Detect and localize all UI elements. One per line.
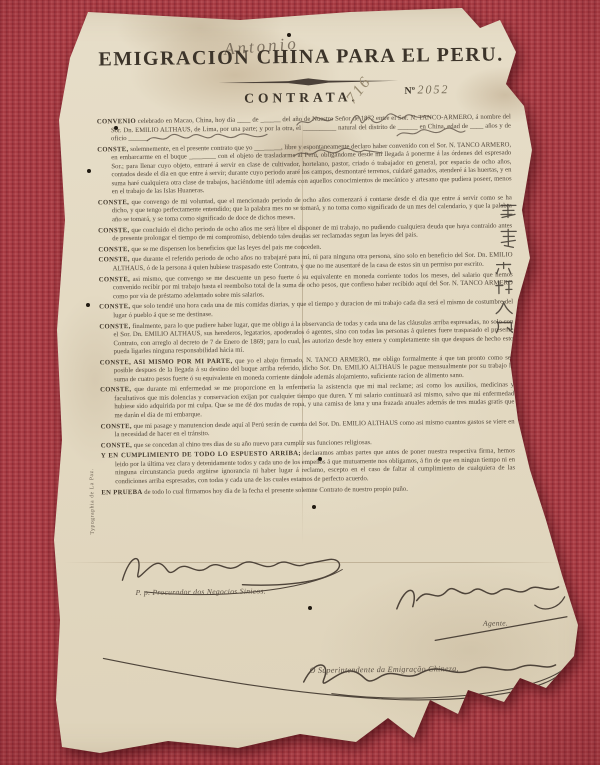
contract-paragraph: CONSTE, que mi pasage y manutencion desd… (101, 418, 515, 440)
document-title: EMIGRACION CHINA PARA EL PERU. (86, 43, 516, 71)
chinese-margin-annotation-top: 張勤 (498, 201, 521, 253)
contract-paragraph: CONSTE, que durante el referido periodo … (98, 252, 512, 274)
document-number: Nº 2052 (404, 82, 449, 98)
contract-paragraph: CONSTE, asi mismo, que convengo se me de… (99, 271, 513, 302)
contract-paragraph: CONSTE, solemnemente, en el presente con… (97, 141, 512, 197)
contract-paragraph: CONSTE, que durante mi enfermedad se me … (100, 382, 514, 421)
paper-shadow-wrap: Antonio EMIGRACION CHINA PARA EL PERU. C… (0, 0, 600, 765)
agent-signature-name: N. Tanco Armero (392, 582, 562, 614)
contract-paragraph: CONSTE, que solo tendré una hora cada un… (99, 299, 513, 321)
contract-body: CONVENIO celebrado en Macao, China, hoy … (97, 113, 516, 536)
printer-imprint: Typographia de La Paz. (88, 415, 95, 535)
contract-paragraph: CONSTE, finalmente, para lo que pudiere … (99, 318, 513, 357)
contract-paragraph: CONSTE, que convengo de mi voluntad, que… (98, 194, 512, 225)
contract-paragraph: CONSTE, que concluido el dicho periodo d… (98, 222, 512, 244)
superintendente-signature (95, 633, 576, 729)
contract-paper: Antonio EMIGRACION CHINA PARA EL PERU. C… (0, 0, 600, 765)
contract-paragraph: CONVENIO celebrado en Macao, China, hoy … (97, 113, 511, 144)
number-value: 2052 (417, 82, 449, 96)
contract-paragraph: Y EN CUMPLIMIENTO DE TODO LO ESPUESTO AR… (101, 448, 515, 487)
procurador-caption: P. p. Procurador dos Negocios Sinicos. (136, 586, 266, 597)
document-content: Antonio EMIGRACION CHINA PARA EL PERU. C… (0, 0, 600, 765)
number-prefix: Nº (404, 86, 415, 97)
chinese-margin-annotation-bottom: 六村人氏 (493, 259, 516, 335)
contract-paragraph: CONSTE, ASI MISMO POR MI PARTE, que yo e… (100, 354, 514, 385)
document-subtitle: CONTRATA. (86, 87, 516, 108)
